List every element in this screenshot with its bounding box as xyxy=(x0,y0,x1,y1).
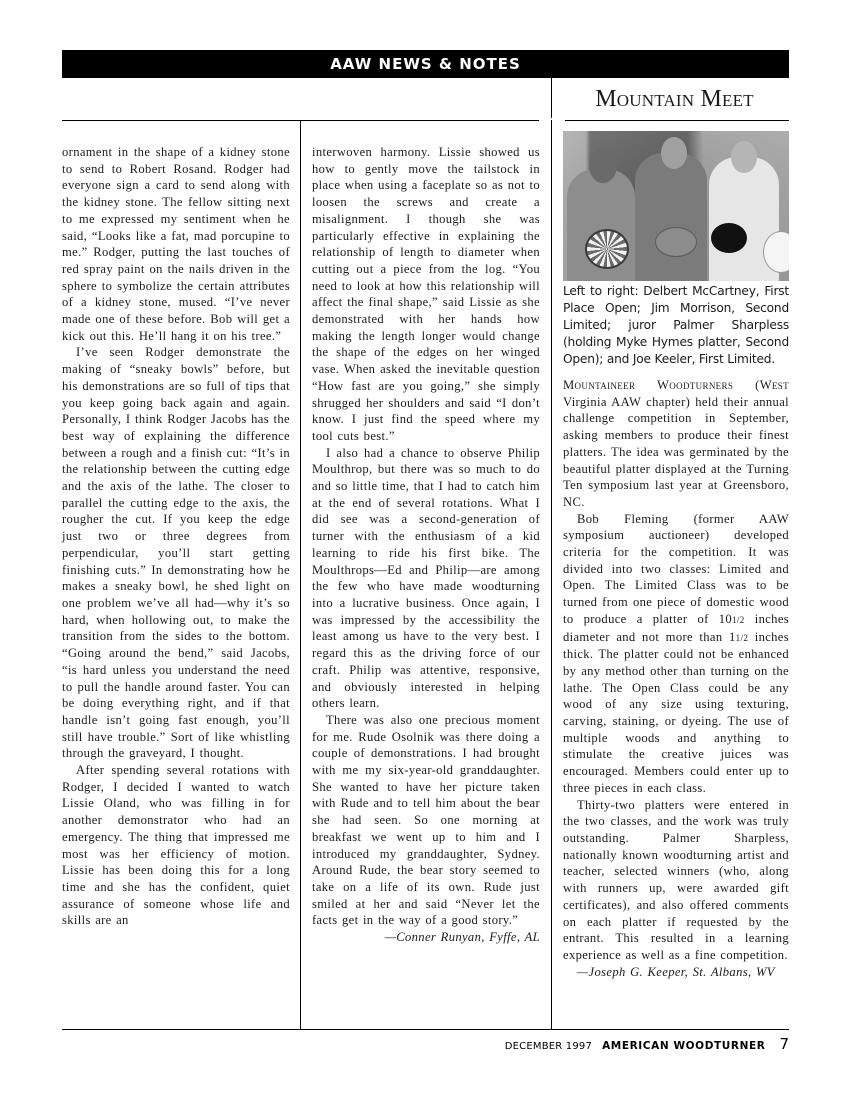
article-column-1: ornament in the shape of a kidney stone … xyxy=(62,144,290,929)
column-divider-sidebar-top xyxy=(551,78,552,118)
byline: —Conner Runyan, Fyffe, AL xyxy=(312,929,540,946)
platter-dark-icon xyxy=(711,223,747,253)
photo-caption: Left to right: Delbert McCartney, First … xyxy=(563,283,789,368)
issue-date: DECEMBER 1997 xyxy=(505,1041,592,1052)
platter-starburst-icon xyxy=(585,229,629,269)
column-divider-2 xyxy=(551,120,552,1030)
diameter-fraction: 1/2 xyxy=(732,615,745,625)
paragraph-text: Virginia AAW chapter) held their annual … xyxy=(563,395,789,509)
paragraph: Thirty-two platters were entered in the … xyxy=(563,797,789,964)
paragraph-text: Bob Fleming (former AAW symposium auctio… xyxy=(563,512,789,626)
sidebar-headline: Mountain Meet xyxy=(560,84,789,114)
paragraph-text: inches thick. The platter could not be e… xyxy=(563,630,789,795)
paragraph: After spending several rotations with Ro… xyxy=(62,762,290,929)
rule-bottom xyxy=(62,1029,789,1030)
paragraph: interwoven harmony. Lissie showed us how… xyxy=(312,144,540,445)
group-photo xyxy=(563,131,789,281)
sidebar-article-body: Mountaineer Woodturners (West Virginia A… xyxy=(563,377,789,980)
person-3-head xyxy=(731,141,757,173)
diameter-whole: 10 xyxy=(719,612,732,626)
platter-natural-wood-icon xyxy=(655,227,697,257)
byline: —Joseph G. Keeper, St. Albans, WV xyxy=(563,964,789,981)
paragraph: Bob Fleming (former AAW symposium auctio… xyxy=(563,511,789,797)
paragraph: I also had a chance to observe Philip Mo… xyxy=(312,445,540,712)
rule-sidebar-top xyxy=(565,120,789,121)
article-column-2: interwoven harmony. Lissie showed us how… xyxy=(312,144,540,946)
thickness-whole: 1 xyxy=(729,630,736,644)
thickness-fraction: 1/2 xyxy=(736,633,749,643)
page-footer: DECEMBER 1997 AMERICAN WOODTURNER 7 xyxy=(505,1035,789,1053)
person-2 xyxy=(635,153,707,281)
paragraph: Mountaineer Woodturners (West Virginia A… xyxy=(563,377,789,511)
paragraph: ornament in the shape of a kidney stone … xyxy=(62,144,290,344)
column-divider-1 xyxy=(300,120,301,1030)
magazine-title: AMERICAN WOODTURNER xyxy=(602,1040,765,1052)
page-number: 7 xyxy=(779,1035,789,1053)
person-2-head xyxy=(661,137,687,169)
lead-in-smallcaps: Mountaineer Woodturners (West xyxy=(563,378,789,392)
paragraph: I’ve seen Rodger demonstrate the making … xyxy=(62,344,290,762)
section-banner: AAW NEWS & NOTES xyxy=(62,50,789,78)
paragraph: There was also one precious moment for m… xyxy=(312,712,540,929)
person-1-head xyxy=(589,149,617,183)
